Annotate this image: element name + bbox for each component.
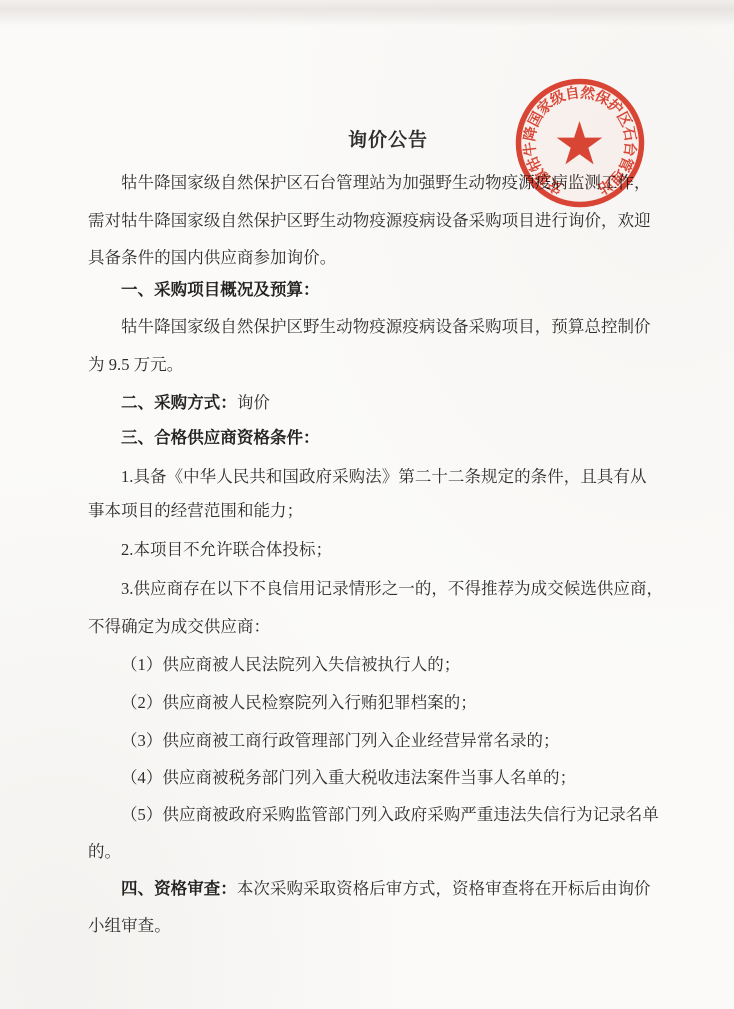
text-line: （5）供应商被政府采购监管部门列入政府采购严重违法失信行为记录名单 [88, 806, 691, 825]
text-segment: （3）供应商被工商行政管理部门列入企业经营异常名录的； [121, 731, 560, 750]
text-segment: 3.供应商存在以下不良信用记录情形之一的，不得推荐为成交候选供应商， [121, 579, 663, 598]
text-line: （1）供应商被人民法院列入失信被执行人的； [88, 656, 691, 675]
text-line: 小组审查。 [88, 917, 658, 936]
text-segment-bold: 二、采购方式： [121, 393, 237, 412]
text-line: 具备条件的国内供应商参加询价。 [88, 249, 658, 268]
text-line: 事本项目的经营范围和能力； [88, 502, 658, 521]
text-line: （3）供应商被工商行政管理部门列入企业经营异常名录的； [88, 732, 691, 751]
seal-ring-char: 自 [564, 83, 581, 103]
text-line: 二、采购方式：询价 [88, 394, 691, 413]
official-seal: 安徽牯牛降国家级自然保护区石台管理站 [498, 60, 666, 228]
text-segment: 询价 [237, 393, 270, 412]
text-line: 3.供应商存在以下不良信用记录情形之一的，不得推荐为成交候选供应商， [88, 580, 691, 599]
text-segment: 2.本项目不允许联合体投标； [121, 540, 332, 559]
text-line: 牯牛降国家级自然保护区野生动物疫源疫病设备采购项目，预算总控制价 [88, 318, 691, 337]
text-segment: 的。 [88, 842, 121, 861]
text-line: 四、资格审查：本次采购采取资格后审方式，资格审查将在开标后由询价 [88, 880, 691, 899]
text-segment-bold: 四、资格审查： [121, 879, 237, 898]
text-line: 2.本项目不允许联合体投标； [88, 541, 691, 560]
text-line: 一、采购项目概况及预算： [88, 281, 691, 300]
text-segment: （4）供应商被税务部门列入重大税收违法案件当事人名单的； [121, 768, 576, 787]
text-line: 为 9.5 万元。 [88, 356, 658, 375]
text-segment: 具备条件的国内供应商参加询价。 [88, 248, 336, 267]
text-line: 的。 [88, 843, 658, 862]
text-line: （2）供应商被人民检察院列入行贿犯罪档案的； [88, 694, 691, 713]
text-segment: 本次采购采取资格后审方式，资格审查将在开标后由询价 [237, 879, 651, 898]
text-segment: （5）供应商被政府采购监管部门列入政府采购严重违法失信行为记录名单 [121, 805, 659, 824]
text-segment-bold: 一、采购项目概况及预算： [121, 280, 320, 299]
text-segment-bold: 三、合格供应商资格条件： [121, 428, 320, 447]
text-segment: 牯牛降国家级自然保护区野生动物疫源疫病设备采购项目，预算总控制价 [121, 317, 651, 336]
text-segment: （2）供应商被人民检察院列入行贿犯罪档案的； [121, 693, 477, 712]
text-segment: 不得确定为成交供应商： [88, 617, 270, 636]
text-segment: 事本项目的经营范围和能力； [88, 501, 303, 520]
text-segment: 为 9.5 万元。 [88, 355, 183, 374]
text-line: 三、合格供应商资格条件： [88, 429, 691, 448]
text-line: 1.具备《中华人民共和国政府采购法》第二十二条规定的条件，且具有从 [88, 468, 691, 487]
text-line: 不得确定为成交供应商： [88, 618, 658, 637]
scanned-document-page: 询价公告 牯牛降国家级自然保护区石台管理站为加强野生动物疫源疫病监测工作，需对牯… [0, 0, 734, 1009]
text-line: （4）供应商被税务部门列入重大税收违法案件当事人名单的； [88, 769, 691, 788]
text-segment: 小组审查。 [88, 916, 171, 935]
text-segment: 1.具备《中华人民共和国政府采购法》第二十二条规定的条件，且具有从 [121, 467, 647, 486]
text-segment: （1）供应商被人民法院列入失信被执行人的； [121, 655, 460, 674]
